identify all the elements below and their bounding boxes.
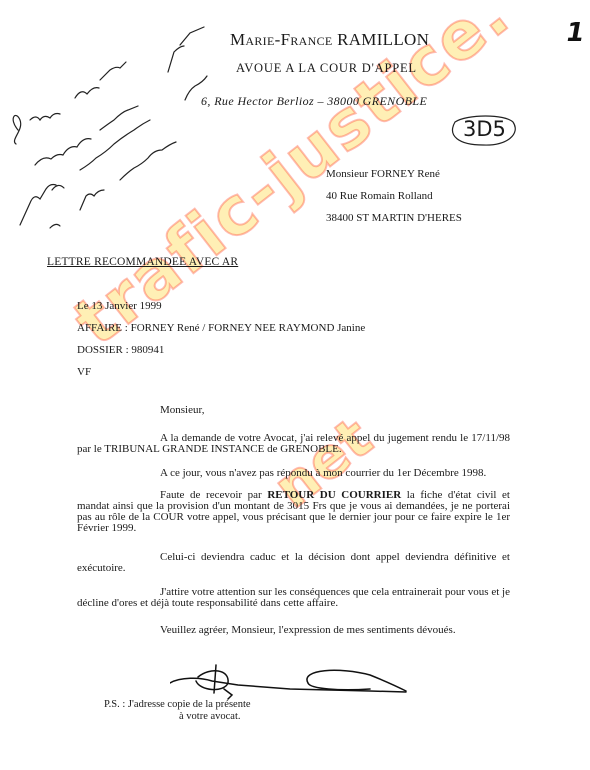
paragraph-no-reply: A ce jour, vous n'avez pas répondu à mon… — [160, 467, 486, 479]
handwritten-annotation — [0, 0, 240, 240]
recipient-city: 38400 ST MARTIN D'HERES — [326, 212, 462, 224]
ps-line: P.S. : J'adresse copie de la présente — [104, 699, 251, 710]
letter-type: LETTRE RECOMMANDEE AVEC AR — [47, 256, 238, 268]
paragraph-appeal: A la demande de votre Avocat, j'ai relev… — [77, 433, 510, 455]
letterhead-title: AVOUE A LA COUR D'APPEL — [236, 61, 417, 76]
letterhead-address: 6, Rue Hector Berlioz – 38000 GRENOBLE — [201, 94, 427, 109]
stamp-text: 3D5 — [463, 117, 506, 141]
letterhead-name: Marie-France RAMILLON — [230, 30, 429, 50]
paragraph-responsibility: J'attire votre attention sur les conséqu… — [77, 587, 510, 609]
closing: Veuillez agréer, Monsieur, l'expression … — [160, 624, 456, 636]
salutation: Monsieur, — [160, 404, 204, 416]
ps-line-2: à votre avocat. — [179, 711, 241, 722]
paragraph-consequence: Celui-ci deviendra caduc et la décision … — [77, 552, 510, 574]
letter-date: Le 13 Janvier 1999 — [77, 300, 162, 312]
paragraph-deadline: Faute de recevoir par RETOUR DU COURRIER… — [77, 490, 510, 534]
name-prefix: Marie-France — [230, 30, 333, 49]
recipient-name: Monsieur FORNEY René — [326, 168, 440, 180]
recipient-street: 40 Rue Romain Rolland — [326, 190, 433, 202]
signature — [170, 655, 410, 700]
affaire: AFFAIRE : FORNEY René / FORNEY NEE RAYMO… — [77, 322, 365, 334]
page-number: 1 — [563, 18, 586, 48]
dossier: DOSSIER : 980941 — [77, 344, 164, 356]
reference: VF — [77, 366, 91, 378]
stamp: 3D5 — [447, 114, 519, 147]
name-surname: RAMILLON — [337, 30, 429, 49]
